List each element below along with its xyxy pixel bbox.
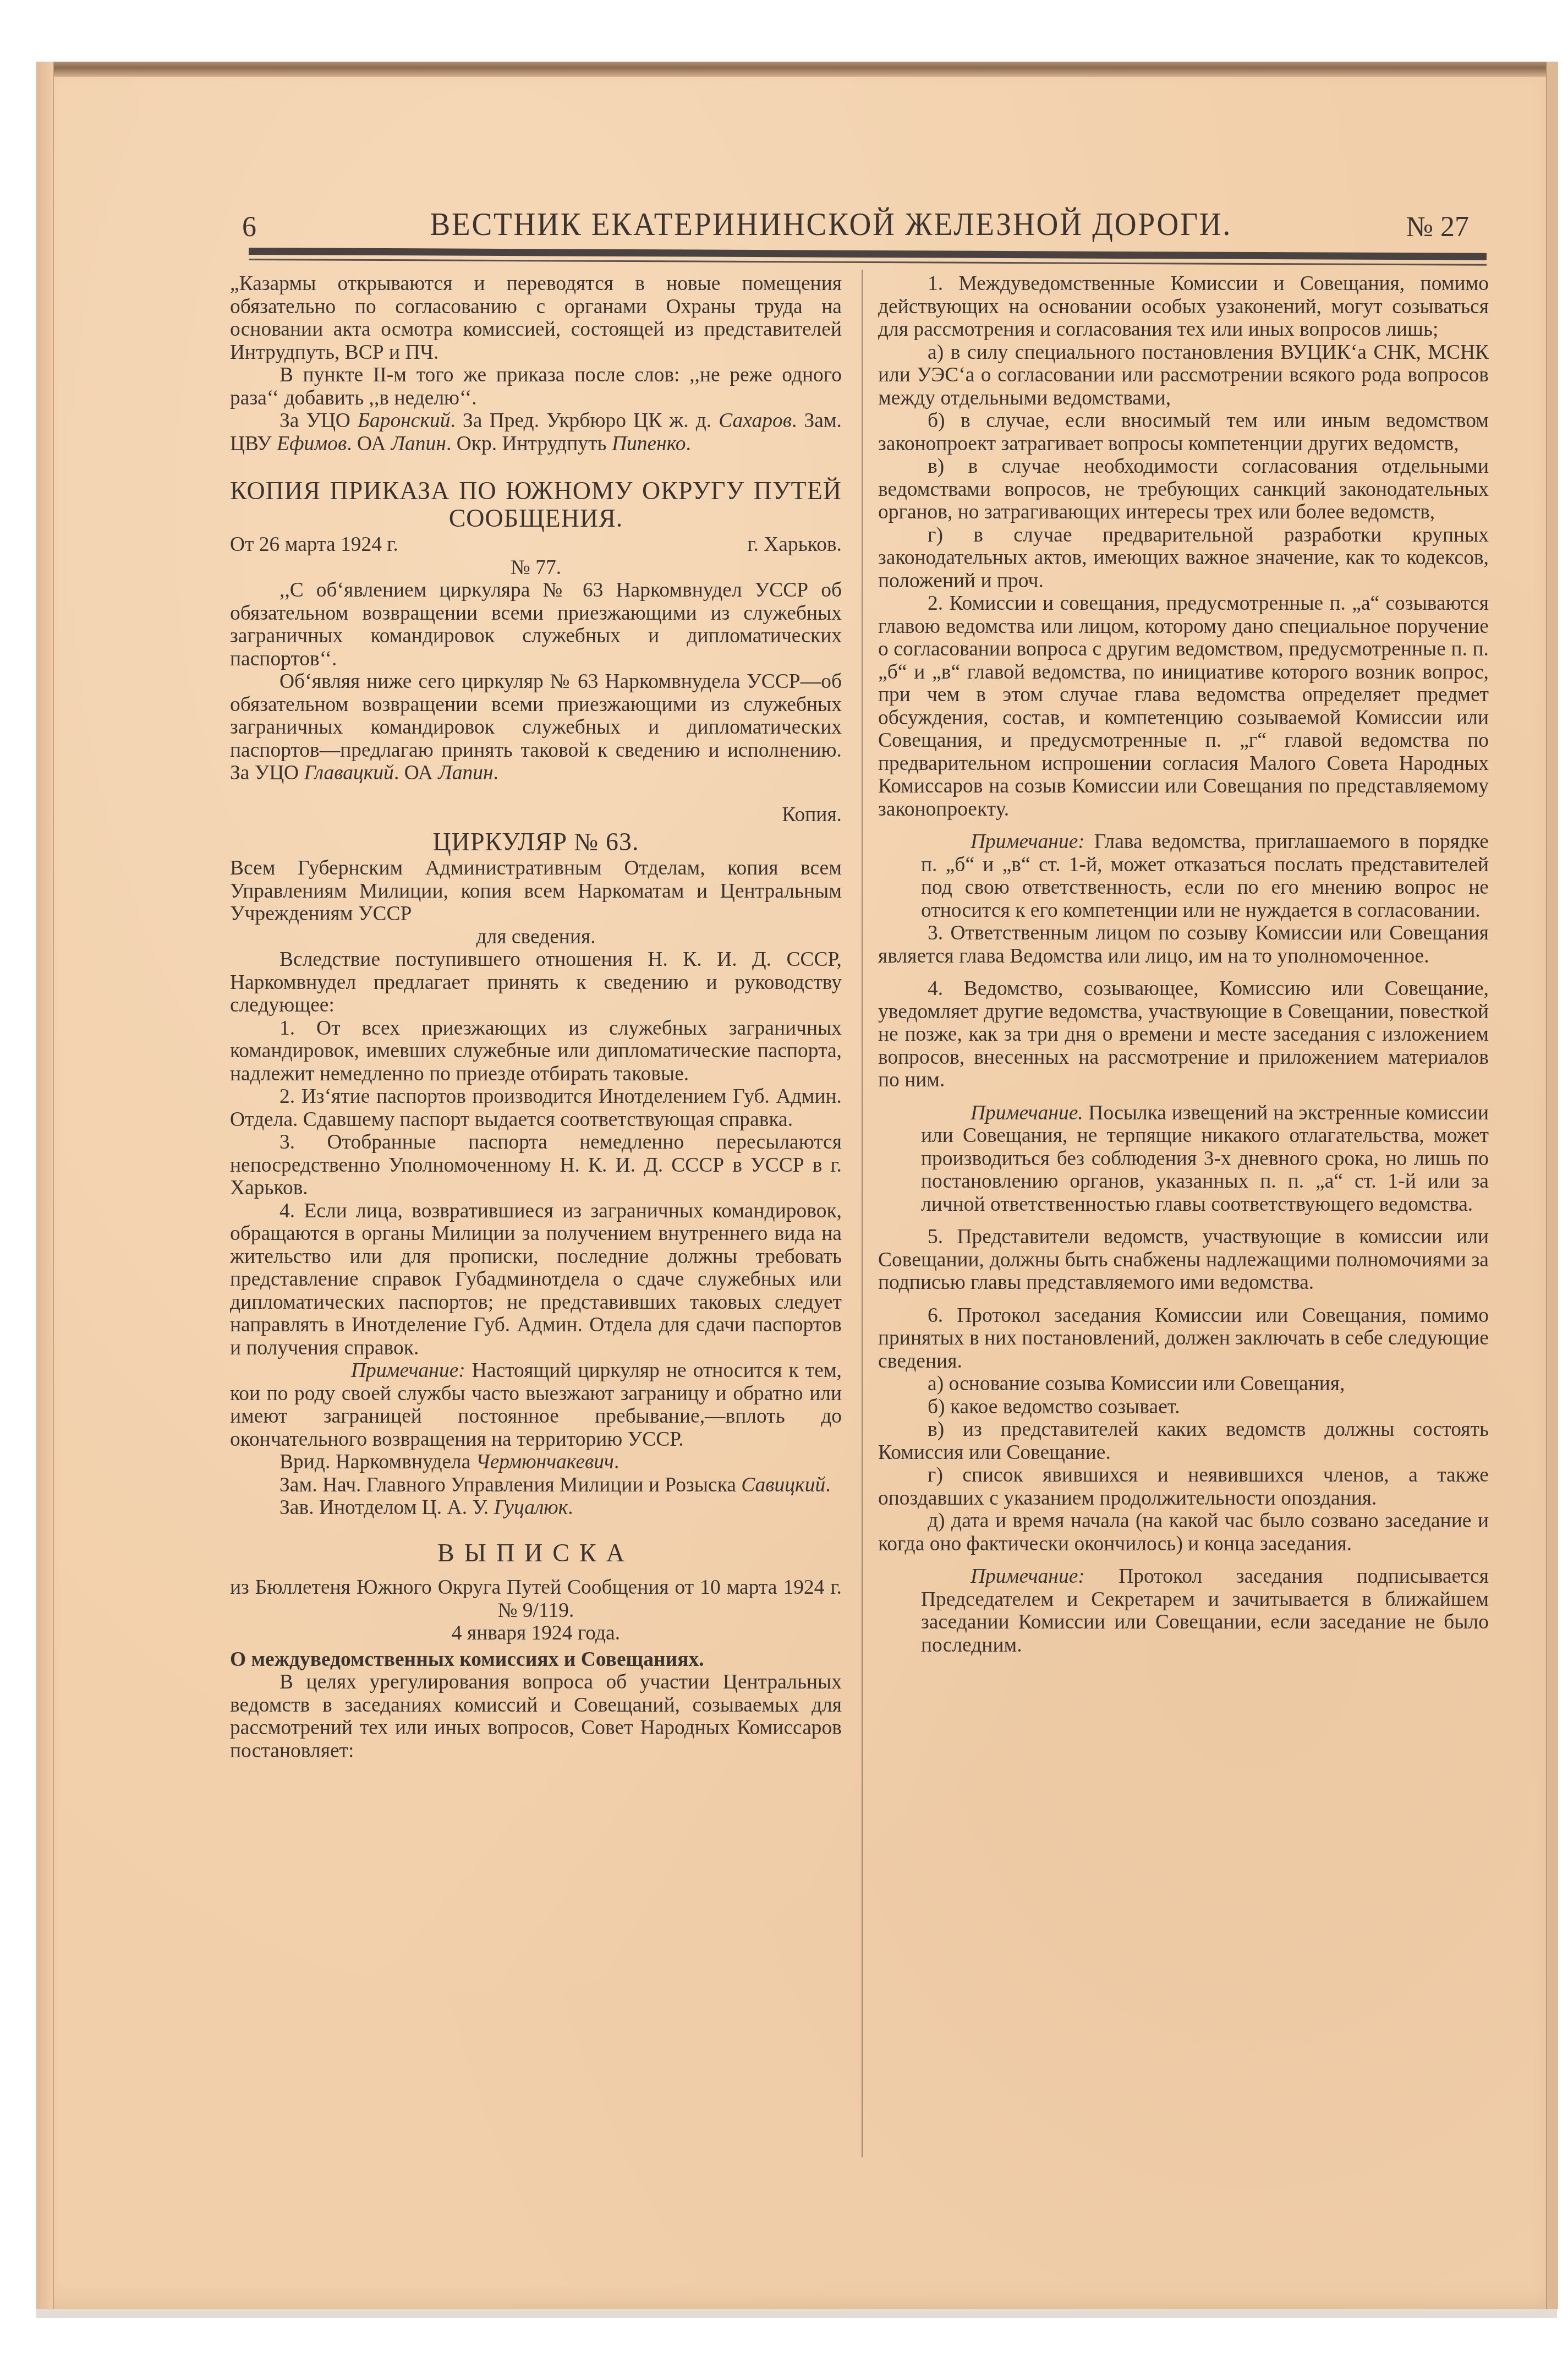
circular-heading: ЦИРКУЛЯР № 63. xyxy=(230,828,842,856)
circular-signature: Зав. Инотделом Ц. А. У. Гуцалюк. xyxy=(230,1496,842,1520)
decree-subitem: а) основание созыва Комиссии или Совещан… xyxy=(878,1373,1489,1396)
circular-note: Примечание: Настоящий циркуляр не относи… xyxy=(230,1359,842,1451)
column-divider xyxy=(862,270,863,2157)
order-heading: КОПИЯ ПРИКАЗА ПО ЮЖНОМУ ОКРУГУ ПУТЕЙ СОО… xyxy=(230,477,842,532)
right-column: 1. Междуведомственные Комиссии и Совещан… xyxy=(878,272,1489,1657)
extract-title: О междуведомственных комиссиях и Совещан… xyxy=(230,1648,842,1671)
issue-number: № 27 xyxy=(1406,211,1469,243)
decree-item-3: 3. Ответственным лицом по созыву Комисси… xyxy=(878,922,1489,968)
circular-address-end: для сведения. xyxy=(230,926,842,949)
circular-signature: Зам. Нач. Главного Управления Милиции и … xyxy=(230,1474,842,1497)
decree-item-4: 4. Ведомство, созывающее, Комиссию или С… xyxy=(878,977,1489,1092)
running-header: 6 ВЕСТНИК ЕКАТЕРИНИНСКОЙ ЖЕЛЕЗНОЙ ДОРОГИ… xyxy=(242,205,1469,243)
left-column: „Казармы открываются и переводятся в нов… xyxy=(230,272,842,1762)
decree-subitem: д) дата и время начала (на какой час был… xyxy=(878,1510,1489,1555)
extract-heading: ВЫПИСКА xyxy=(230,1542,842,1565)
decree-item-6: 6. Протокол заседания Комиссии или Совещ… xyxy=(878,1304,1489,1373)
order-date: От 26 марта 1924 г. xyxy=(230,533,398,556)
journal-title: ВЕСТНИК ЕКАТЕРИНИНСКОЙ ЖЕЛЕЗНОЙ ДОРОГИ. xyxy=(430,205,1232,243)
circular-item: 4. Если лица, возвратившиеся из загранич… xyxy=(230,1200,842,1360)
circular-item: 3. Отобранные паспорта немедленно пересы… xyxy=(230,1131,842,1200)
decree-subitem: в) из представителей каких ведомств долж… xyxy=(878,1418,1489,1464)
decree-subitem: в) в случае необходимости согласования о… xyxy=(878,455,1489,524)
page-number: 6 xyxy=(242,211,256,243)
signatures-block: За УЦО Баронский. За Пред. Укрбюро ЦК ж.… xyxy=(230,409,842,455)
order-date-line: От 26 марта 1924 г. г. Харьков. xyxy=(230,533,842,556)
decree-item-2: 2. Комиссии и совещания, предусмотренные… xyxy=(878,592,1489,821)
order-number: № 77. xyxy=(230,556,842,580)
amendment-text: В пункте II-м того же приказа после слов… xyxy=(230,364,842,409)
page-edge-bottom xyxy=(36,2309,1557,2318)
decree-subitem: б) какое ведомство созывает. xyxy=(878,1396,1489,1419)
order-paragraph-2: Об‘являя ниже сего циркуляр № 63 Наркомв… xyxy=(230,670,842,785)
decree-subitem: б) в случае, если вносимый тем или иным … xyxy=(878,409,1489,455)
decree-subitem: а) в силу специального постановления ВУЦ… xyxy=(878,341,1489,410)
decree-item-5: 5. Представители ведомств, участвующие в… xyxy=(878,1226,1489,1294)
decree-item-1: 1. Междуведомственные Комиссии и Совещан… xyxy=(878,272,1489,341)
intro-quote: „Казармы открываются и переводятся в нов… xyxy=(230,272,842,364)
decree-subitem: г) список явившихся и неявившихся членов… xyxy=(878,1464,1489,1510)
copy-label: Копия. xyxy=(230,804,842,827)
order-paragraph-1: ,,С об‘явлением циркуляра № 63 Наркомвну… xyxy=(230,579,842,670)
extract-intro: В целях урегулирования вопроса об участи… xyxy=(230,1671,842,1762)
decree-subitem: г) в случае предварительной разработки к… xyxy=(878,524,1489,593)
page-edge-left xyxy=(36,62,54,2309)
extract-source: из Бюллетеня Южного Округа Путей Сообщен… xyxy=(230,1576,842,1622)
circular-item: 2. Из‘ятие паспортов производится Инотде… xyxy=(230,1085,842,1131)
extract-date: 4 января 1924 года. xyxy=(230,1622,842,1645)
decree-note-1: Примечание: Глава ведомства, приглашаемо… xyxy=(878,830,1489,922)
circular-signature: Врид. Наркомвнудела Чермюнчакевич. xyxy=(230,1451,842,1474)
page-edge-right xyxy=(1546,62,1558,2309)
circular-address: Всем Губернским Административным Отделам… xyxy=(230,857,842,926)
decree-note-2: Примечание. Посылка извещений на экстрен… xyxy=(878,1102,1489,1216)
circular-intro: Вследствие поступившего отношения Н. К. … xyxy=(230,948,842,1017)
order-city: г. Харьков. xyxy=(747,533,842,556)
circular-item: 1. От всех приезжающих из служебных загр… xyxy=(230,1017,842,1086)
page-edge-top xyxy=(36,62,1557,77)
decree-note-3: Примечание: Протокол заседания подписыва… xyxy=(878,1565,1489,1657)
